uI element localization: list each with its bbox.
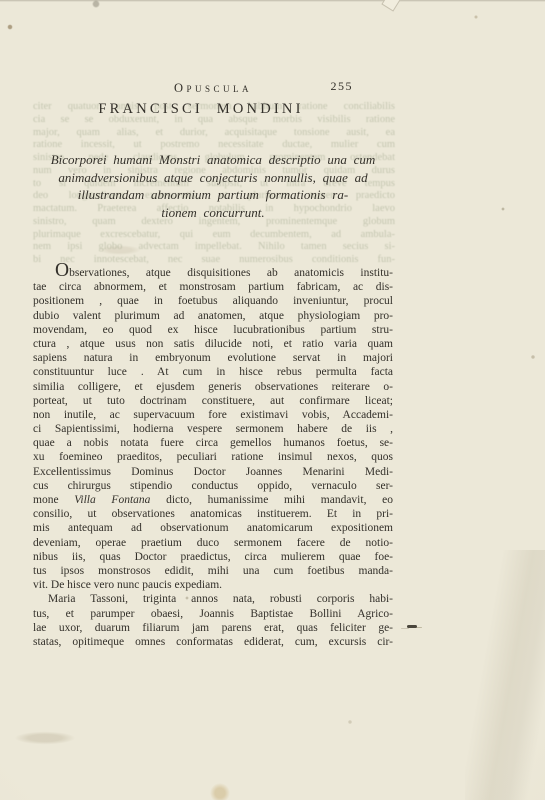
book-page-scan: citer quatuor annis post sermonem habitu… [0,0,545,800]
body-line: movendam, eo quod ex hisce lucubrationib… [33,323,393,337]
subtitle-line: illustrandam abnormium partium formation… [32,186,394,204]
body-text: Observationes, atque disquisitiones ab a… [33,266,393,649]
body-line: lae uxor, duarum filiarum jam parens era… [33,621,393,635]
page-number: 255 [331,79,354,94]
running-header-title: Opuscula [174,81,252,95]
body-line: constituuntur luce . At cum in hisce reb… [33,365,393,379]
body-line: Excellentissimus Dominus Doctor Joannes … [33,465,393,479]
subtitle-line: Bicorporei humani Monstri anatomica desc… [32,151,394,169]
body-line: xu foemineo praeditos, peculiari ratione… [33,450,393,464]
body-line: similia colligere, et ejusdem generis ob… [33,380,393,394]
body-line: quae a nobis notata fuere circa gemellos… [33,436,393,450]
body-line: tus ipsos monstrosos edidit, mihi una cu… [33,564,393,578]
body-line: mis antequam ad observationum anatomicar… [33,521,393,535]
initial-capital: O [55,260,69,281]
body-line: dubio valent plurimum ad anatomen, atque… [33,309,393,323]
body-line: statas, opitimeque omnes conformatas edi… [33,635,393,649]
body-line: consilio, ut observationes anatomicas in… [33,507,393,521]
body-line: deveniam, operae praetium duco sermonem … [33,536,393,550]
body-line: mone Villa Fontana dicto, humanissime mi… [33,493,393,507]
body-line: tae circa abnormem, et monstrosam partiu… [33,280,393,294]
running-header: Opuscula 255 [33,79,393,97]
subtitle-line: tionem concurrunt. [32,204,394,222]
body-line: Observationes, atque disquisitiones ab a… [33,266,393,280]
body-line: non inutile, ac supervacuum fore existim… [33,408,393,422]
page-curl-shadow [465,550,545,800]
author-heading: FRANCISCI MONDINI [21,101,381,118]
body-line: ctura , atque usus non satis dilucide no… [33,337,393,351]
ink-dash-mark [407,625,417,628]
body-line: porteat, ut tuto doctrinam constituere, … [33,394,393,408]
italic-phrase: Villa Fontana [74,494,150,506]
text-block: Opuscula 255 FRANCISCI MONDINI Bicorpore… [33,0,393,800]
body-line: nibus iis, quas Doctor praedictus, circa… [33,550,393,564]
body-line: tus, et parumper obaesi, Joannis Baptist… [33,607,393,621]
body-line: vit. De hisce vero nunc paucis expediam. [33,578,393,592]
subtitle-line: animadversionibus atque conjecturis nonn… [32,169,394,187]
article-subtitle: Bicorporei humani Monstri anatomica desc… [32,151,394,221]
body-line: positionem , quae in foetubus aliquando … [33,294,393,308]
body-line: Maria Tassoni, triginta annos nata, robu… [33,592,393,606]
body-line: sapiens natura in embryonum evolutione s… [33,351,393,365]
body-line: ci Sapientissimi, hodierna vespere sermo… [33,422,393,436]
body-line: cus chirurgus stipendio conductus oppido… [33,479,393,493]
